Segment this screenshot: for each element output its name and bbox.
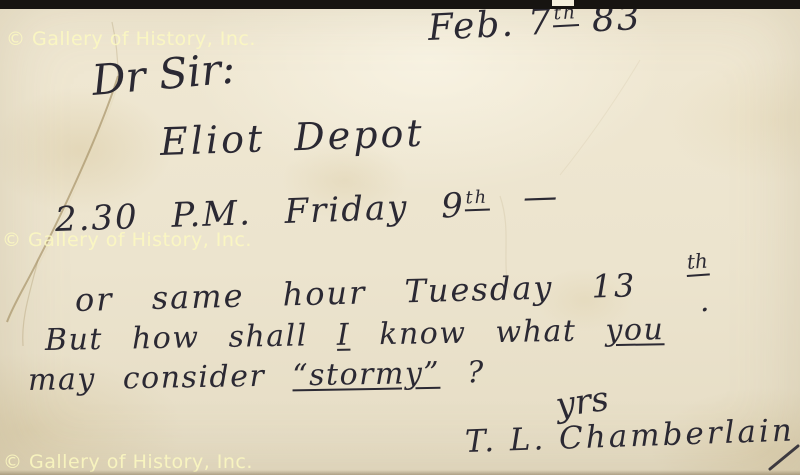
- time-text: 2.30 P.M. Friday 9: [54, 186, 465, 240]
- time-line: 2.30 P.M. Friday 9th—: [54, 182, 560, 240]
- question2-part1: may consider: [28, 358, 293, 398]
- salutation-line: Dr Sir:: [90, 44, 237, 105]
- photo-top-edge-notch: [552, 0, 574, 6]
- alternative-time-line: or same hour Tuesday 13: [75, 266, 637, 319]
- alternative-ordinal: th: [685, 248, 710, 277]
- question-line-1: But how shall I know what you: [45, 312, 665, 358]
- time-dash: —: [522, 176, 559, 217]
- location-line: Eliot Depot: [159, 111, 425, 164]
- question1-emphasis-i: I: [337, 318, 351, 353]
- time-ordinal: th: [464, 188, 489, 212]
- signature-line: T. L. Chamberlain: [464, 412, 795, 459]
- question-line-2: may consider “stormy” ?: [28, 355, 485, 398]
- question1-emphasis-you: you: [605, 312, 664, 348]
- signature-flourish-stroke: [770, 446, 798, 469]
- question2-quoted-stormy: “stormy”: [292, 356, 441, 394]
- question1-part1: But how shall: [45, 318, 337, 358]
- card-bottom-edge-shadow: [0, 470, 800, 475]
- question2-question-mark: ?: [440, 355, 485, 391]
- scanned-note-card: © Gallery of History, Inc. © Gallery of …: [0, 0, 800, 475]
- alternative-period: .: [700, 284, 710, 319]
- photo-top-edge: [0, 0, 800, 9]
- alternative-ordinal-text: th: [685, 248, 710, 277]
- question1-part2: know what: [350, 313, 606, 352]
